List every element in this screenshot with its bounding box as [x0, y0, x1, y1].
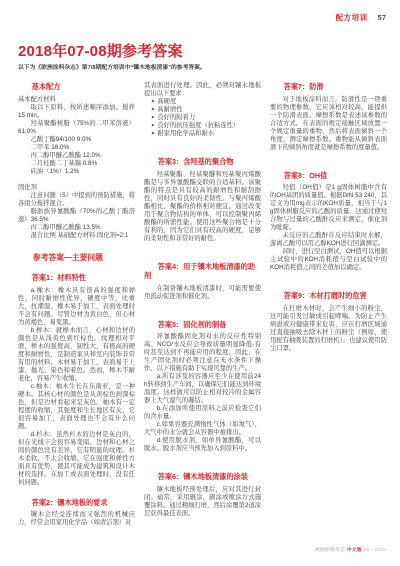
paragraph: 在打磨木材时，会产生细小的粉尘，这可能引发过敏或引起哮喘。为防止产生病患或对健康… — [270, 305, 387, 353]
paragraph: 对于地板涂料而言，防滑性是一项重要的物理参数。它应该相对较高，能提供一个防滑表面… — [270, 96, 387, 152]
formula-line: 丙二醇甲醚乙酸酯 13.5% — [18, 224, 135, 232]
paragraph: 异氰酸酯固化剂对水的反应性特别高。NCO/水反应会导致质量明显降低-有时甚至达到… — [144, 333, 261, 373]
bullet-item: ➤良好的抗压强度（抗粘连性） — [144, 122, 261, 130]
footer-edition-label: 中文版 — [347, 548, 362, 553]
section-heading: 答案5：固化剂的制备 — [144, 320, 261, 330]
bullet-item: ➤耐家用化学品和耐水 — [144, 130, 261, 138]
paragraph: 镶木地板经预处理后，应对其进行封闭。通常，采用辊涂、刷涂或喷涂方式施覆涂料。通过… — [144, 486, 261, 518]
article-title: 2018年07-08期参考答案 — [18, 40, 183, 61]
column-left: 基本配方基本配方材料取以下原料，按所述顺序添加。搅拌15 min。羟基聚酯树脂（… — [18, 82, 135, 527]
section-heading: 基本配方 — [18, 82, 135, 92]
paragraph: a.所有涉及的容器应至少在使用前24 h转移到生产车间，以确保它们能达到环境温度… — [144, 373, 261, 405]
arrow-bullet-icon: ➤ — [151, 106, 155, 114]
paragraph: 在制备镶木地板清漆时，可能需要使用流动促进剂和催化剂。 — [144, 285, 261, 301]
footer-issue: 08 - 2018 — [364, 548, 386, 553]
formula-line: 丙二醇甲醚乙酸酯 12.0% — [18, 152, 135, 160]
section-heading: 答案8：OH值 — [270, 171, 387, 181]
paragraph: 同时，进行空白测试，OH值可以根据主试验中的KOH消耗值与空白试验中的KOH消耗… — [270, 248, 387, 272]
paragraph: 羟值（OH值）是1 g固体树脂中含有的OH基团的质量值。根据DIN 53 240… — [270, 184, 387, 232]
magazine-page: 配方培训57 2018年07-08期参考答案 以下为《欧洲涂料杂志》第7/8期配… — [0, 0, 400, 566]
paragraph: 羟基聚酯、羟基聚醚和羟基聚丙烯酸酯是与多异氰酸酯交联的合适基料。该聚酯的特点是具… — [144, 171, 261, 243]
section-heading: 答案1：材料特性 — [18, 273, 135, 283]
arrow-bullet-icon: ➤ — [151, 122, 155, 130]
paragraph: 取以下原料，按所述顺序添加。搅拌15 min。 — [18, 104, 135, 120]
bullet-item: ➤良好的附着力 — [144, 114, 261, 122]
spacer — [144, 453, 261, 461]
section-heading: 答案7：防滑 — [270, 82, 387, 92]
formula-line: 混合比例 基础配方材料:固化剂=2:1 — [18, 232, 135, 240]
page-header: 配方培训57 — [336, 13, 386, 22]
spacer — [270, 152, 387, 160]
spacer — [144, 243, 261, 251]
arrow-bullet-icon: ➤ — [151, 98, 155, 106]
bullet-text: 良好的抗压强度（抗粘连性） — [157, 122, 239, 129]
paragraph: 未反应的乙酸酐在反应结束时水解，游离乙酸可以用乙醇KOH进行回滴测定。 — [270, 232, 387, 248]
column-right: 答案7：防滑对于地板涂料而言，防滑性是一项重要的物理参数。它应该相对较高，能提供… — [270, 82, 387, 527]
bullet-item: ➤高硬度 — [144, 98, 261, 106]
section-heading: 答案3：含羟基的聚合物 — [144, 157, 261, 167]
paragraph: 注意问题（5）中提到的预防措施，将各组分搅拌混合。 — [18, 192, 135, 208]
spacer — [144, 138, 261, 146]
formula-line: 二甲苯 16.0% — [18, 144, 135, 152]
section-heading: 答案9：木材打磨时的危害 — [270, 291, 387, 301]
spacer — [18, 176, 135, 184]
paragraph: c.如果容器充满惰性气体（如氮气），大气中的水分就会从容器中被排出。 — [144, 421, 261, 437]
arrow-bullet-icon: ➤ — [151, 130, 155, 138]
paragraph: 基本配方材料 — [18, 96, 135, 104]
paragraph: 镶木会经受连续而又强烈的机械应力，经常会用家用化学品（如清洁剂）对 — [18, 511, 135, 527]
page-number: 57 — [378, 13, 386, 22]
section-heading-main: 参考答案—主要问题 — [18, 253, 135, 263]
footer-journal-name: 欧洲涂料杂志 — [315, 548, 345, 553]
section-heading: 答案4：用于镶木地板清漆的助剂 — [144, 262, 261, 281]
paragraph: 固化剂 — [18, 184, 135, 192]
spacer — [144, 301, 261, 309]
paragraph: c.柚木：柚木生长在东南亚，是一种硬木。其核心材的颜色是从黄棕色到深棕色，但是边… — [18, 383, 135, 431]
formula-line: 乙酸丁酯94/100 9.0% — [18, 136, 135, 144]
paragraph: d.使用脱水剂，如单异氰酸酯，可以脱水。脱水剂应当预先加入到原料中。 — [144, 437, 261, 453]
column-middle: 其表面进行处理。因此，必须对镶木地板提出以下要求：➤高硬度➤高耐磨性➤良好的附着… — [144, 82, 261, 527]
paragraph: 羟基聚酯树脂（75%的二甲苯溶液）61.0% — [18, 120, 135, 136]
article-body: 基本配方基本配方材料取以下原料，按所述顺序添加。搅拌15 min。羟基聚酯树脂（… — [18, 82, 388, 527]
paragraph: b.在添加所使用原料之前应检查它们的含水量。 — [144, 405, 261, 421]
bullet-item: ➤高耐磨性 — [144, 106, 261, 114]
paragraph: 其表面进行处理。因此，必须对镶木地板提出以下要求： — [144, 82, 261, 98]
paragraph: 脂肪族异氰酸酯（70%的乙酸丁酯溶液）36.5% — [18, 208, 135, 224]
section-heading: 答案2：镶木地板的要求 — [18, 498, 135, 508]
bullet-text: 高硬度 — [157, 98, 176, 105]
bullet-text: 高耐磨性 — [157, 106, 182, 113]
paragraph: d.杉木：虽然杉木的边材是灰白的，但在光线下会很容易变暗。边材和心材之间的颜色没… — [18, 431, 135, 487]
paragraph: a.橡木：橡木具有很高的强度和弹性，同时耐磨性优异，硬度中等，比重大，抗潮湿。橡… — [18, 287, 135, 327]
header-section-label: 配方培训 — [336, 13, 368, 22]
arrow-bullet-icon: ➤ — [151, 114, 155, 122]
page-footer: 欧洲涂料杂志中文版08 - 2018 — [315, 546, 386, 553]
paragraph: b.榉木：就榉木而言，心材和边材的颜色是从浅黄色到红棕色。纹理相对平滑，榉木的强… — [18, 327, 135, 383]
formula-line: 硅油（1%）1.2% — [18, 168, 135, 176]
bullet-text: 耐家用化学品和耐水 — [157, 130, 214, 137]
spacer — [270, 272, 387, 280]
bullet-text: 良好的附着力 — [157, 114, 195, 121]
formula-line: 二月桂酸二丁基锡 0.8% — [18, 160, 135, 168]
article-subtitle: 以下为《欧洲涂料杂志》第7/8期配方培训中“镶木地板清漆”的参考答案。 — [18, 62, 206, 71]
section-heading: 答案6：镶木地板清漆的涂装 — [144, 472, 261, 482]
